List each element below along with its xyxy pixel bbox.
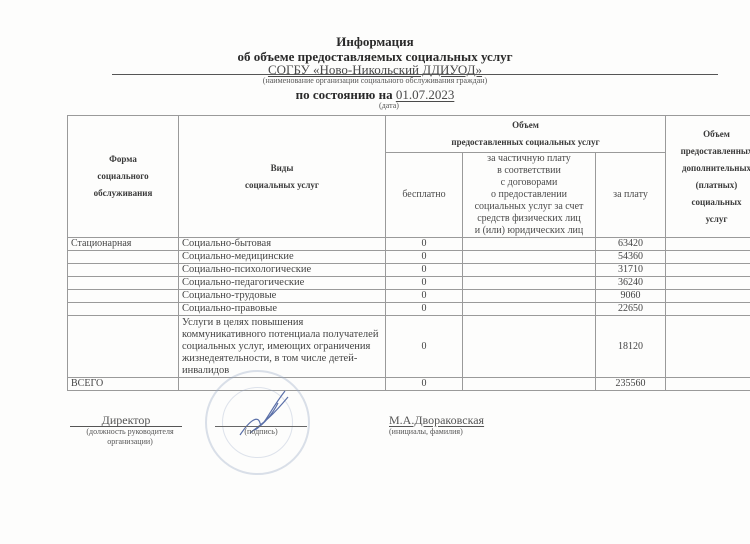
cell-partial xyxy=(463,251,596,264)
cell-partial xyxy=(463,303,596,316)
col-header-additional-line: социальных xyxy=(669,194,750,211)
table-row: СтационарнаяСоциально-бытовая063420 xyxy=(68,238,750,251)
as-of-label: по состоянию на xyxy=(296,87,393,102)
cell-paid: 36240 xyxy=(596,277,666,290)
cell-additional xyxy=(666,290,750,303)
cell-service-kind: Социально-психологические xyxy=(179,264,386,277)
col-header-paid: за плату xyxy=(596,153,666,238)
organization-caption: (наименование организации социального об… xyxy=(0,76,750,85)
col-header-form-line: Форма xyxy=(71,151,175,168)
cell-free: 0 xyxy=(386,251,463,264)
date-caption: (дата) xyxy=(0,101,750,110)
table-row: Социально-педагогические036240 xyxy=(68,277,750,290)
total-row: ВСЕГО0235560 xyxy=(68,378,750,391)
signatory-name-caption: (инициалы, фамилия) xyxy=(389,427,463,436)
organization-underline xyxy=(112,74,718,75)
col-header-partial-line: средств физических лиц xyxy=(466,213,592,225)
col-header-form: Форма социального обслуживания xyxy=(68,116,179,238)
cell-additional xyxy=(666,303,750,316)
col-header-volume-line: предоставленных социальных услуг xyxy=(389,134,662,151)
col-header-partial-line: социальных услуг за счет xyxy=(466,201,592,213)
cell-total-additional xyxy=(666,378,750,391)
col-header-kinds: Виды социальных услуг xyxy=(179,116,386,238)
cell-free: 0 xyxy=(386,303,463,316)
col-header-partial-line: и (или) юридических лиц xyxy=(466,225,592,237)
cell-form: Стационарная xyxy=(68,238,179,251)
col-header-form-line: социального xyxy=(71,168,175,185)
cell-form xyxy=(68,251,179,264)
col-header-volume-line: Объем xyxy=(389,117,662,134)
cell-additional xyxy=(666,264,750,277)
services-table: Форма социального обслуживания Виды соци… xyxy=(67,115,750,391)
cell-total-partial xyxy=(463,378,596,391)
col-header-volume-group: Объем предоставленных социальных услуг xyxy=(386,116,666,153)
col-header-additional: Объем предоставленных дополнительных (пл… xyxy=(666,116,750,238)
cell-free: 0 xyxy=(386,277,463,290)
position-caption-line: (должность руководителя xyxy=(80,427,180,437)
col-header-partial-line: с договорами xyxy=(466,177,592,189)
cell-paid: 63420 xyxy=(596,238,666,251)
cell-service-kind: Услуги в целях повышения коммуникативног… xyxy=(179,316,386,378)
col-header-additional-line: дополнительных xyxy=(669,160,750,177)
table-row: Социально-правовые022650 xyxy=(68,303,750,316)
cell-free: 0 xyxy=(386,264,463,277)
position-caption-line: организации) xyxy=(80,437,180,447)
col-header-partial: за частичную плату в соответствии с дого… xyxy=(463,153,596,238)
cell-paid: 31710 xyxy=(596,264,666,277)
cell-additional xyxy=(666,251,750,264)
cell-service-kind: Социально-бытовая xyxy=(179,238,386,251)
col-header-additional-line: предоставленных xyxy=(669,143,750,160)
col-header-additional-line: Объем xyxy=(669,126,750,143)
cell-total-paid: 235560 xyxy=(596,378,666,391)
col-header-additional-line: услуг xyxy=(669,211,750,228)
table-body: СтационарнаяСоциально-бытовая063420Социа… xyxy=(68,238,750,391)
col-header-partial-line: в соответствии xyxy=(466,165,592,177)
cell-additional xyxy=(666,316,750,378)
cell-service-kind: Социально-правовые xyxy=(179,303,386,316)
cell-service-kind: Социально-педагогические xyxy=(179,277,386,290)
cell-form xyxy=(68,264,179,277)
table-row: Услуги в целях повышения коммуникативног… xyxy=(68,316,750,378)
cell-partial xyxy=(463,277,596,290)
table-row: Социально-медицинские054360 xyxy=(68,251,750,264)
cell-additional xyxy=(666,277,750,290)
col-header-kinds-line: социальных услуг xyxy=(182,177,382,194)
cell-partial xyxy=(463,316,596,378)
col-header-additional-line: (платных) xyxy=(669,177,750,194)
table-row: Социально-трудовые09060 xyxy=(68,290,750,303)
cell-form xyxy=(68,290,179,303)
col-header-form-line: обслуживания xyxy=(71,185,175,202)
cell-total-label: ВСЕГО xyxy=(68,378,179,391)
cell-partial xyxy=(463,238,596,251)
cell-paid: 18120 xyxy=(596,316,666,378)
cell-service-kind: Социально-трудовые xyxy=(179,290,386,303)
cell-paid: 22650 xyxy=(596,303,666,316)
cell-partial xyxy=(463,264,596,277)
signatory-name: М.А.Двораковская xyxy=(389,413,484,428)
cell-form xyxy=(68,277,179,290)
col-header-free: бесплатно xyxy=(386,153,463,238)
cell-free: 0 xyxy=(386,316,463,378)
signatory-position-caption: (должность руководителя организации) xyxy=(80,427,180,447)
as-of-date: 01.07.2023 xyxy=(396,87,455,102)
cell-service-kind: Социально-медицинские xyxy=(179,251,386,264)
cell-total-free: 0 xyxy=(386,378,463,391)
cell-free: 0 xyxy=(386,290,463,303)
cell-form xyxy=(68,316,179,378)
col-header-partial-line: за частичную плату xyxy=(466,153,592,165)
table-row: Социально-психологические031710 xyxy=(68,264,750,277)
cell-paid: 54360 xyxy=(596,251,666,264)
cell-form xyxy=(68,303,179,316)
cell-free: 0 xyxy=(386,238,463,251)
cell-paid: 9060 xyxy=(596,290,666,303)
cell-additional xyxy=(666,238,750,251)
col-header-partial-line: о предоставлении xyxy=(466,189,592,201)
document-title: Информация xyxy=(0,34,750,50)
col-header-kinds-line: Виды xyxy=(182,160,382,177)
signature-caption: (подпись) xyxy=(215,427,307,436)
cell-partial xyxy=(463,290,596,303)
